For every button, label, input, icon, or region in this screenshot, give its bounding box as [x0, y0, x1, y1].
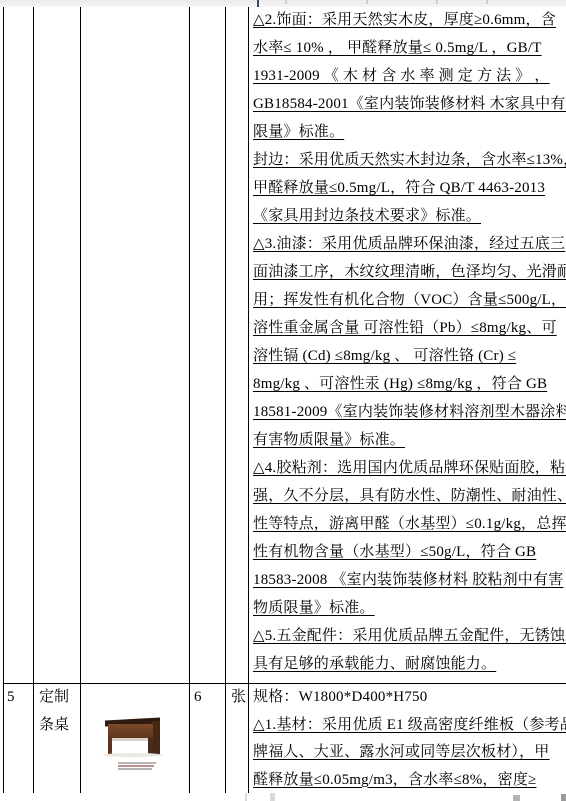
desk-side-panel	[152, 721, 160, 756]
desk-left-leg	[108, 738, 112, 754]
spec-text-line: △2.饰面：采用天然实木皮，厚度≥0.6mm，含	[253, 6, 566, 34]
spec-text-line: 性有机物含量（水基型）≤50g/L，符合 GB	[253, 538, 566, 566]
spec-text-line: 面油漆工序，木纹纹理清晰，色泽均匀、光滑耐	[253, 258, 566, 286]
row5-qty-cell: 6	[194, 684, 202, 712]
page-bottom-margin	[0, 793, 566, 801]
spec-text-line: 性等特点，游离甲醛（水基型）≤0.1g/kg，总挥发	[253, 510, 566, 538]
desk-front-panel	[108, 724, 153, 739]
table-gridline-v	[189, 7, 190, 793]
spec-text-line: △5.五金配件：采用优质品牌五金配件，无锈蚀，	[253, 622, 566, 650]
spec-text-line: 牌福人、大亚、露水河或同等层次板材），甲	[253, 739, 566, 767]
spec-text-line: 封边：采用优质天然实木封边条，含水率≤13%，	[253, 146, 566, 174]
row5-name-cell: 定制条桌	[39, 684, 69, 739]
product-image-caption-line	[118, 762, 156, 764]
spec-text-line: 水率≤ 10% ， 甲醛释放量≤ 0.5mg/L ，GB/T	[253, 34, 566, 62]
product-image-caption-line	[118, 768, 152, 770]
spec-text-line: 18583-2008 《室内装饰装修材料 胶粘剂中有害	[253, 566, 566, 594]
spec-text-line: △4.胶粘剂：选用国内优质品牌环保贴面胶，粘性	[253, 454, 566, 482]
spec-text-line: △1.基材：采用优质 E1 级高密度纤维板（参考品	[253, 712, 566, 740]
spec-text-line: GB18584-2001《室内装饰装修材料 木家具中有害物质	[253, 90, 566, 118]
row4-spec-cell: △2.饰面：采用天然实木皮，厚度≥0.6mm，含水率≤ 10% ， 甲醛释放量≤…	[253, 6, 566, 678]
spec-text-line: 强，久不分层，具有防水性、防潮性、耐油性、耐撞	[253, 482, 566, 510]
ruler-tick	[285, 0, 287, 4]
ruler-tick	[436, 0, 438, 4]
spec-text-line: 18581-2009《室内装饰装修材料溶剂型木器涂料中	[253, 398, 566, 426]
table-gridline-v	[33, 7, 34, 793]
table-gridline-v	[248, 7, 249, 793]
ruler-tick	[486, 0, 488, 4]
row5-number-cell: 5	[7, 684, 15, 712]
page-break-mark	[245, 793, 247, 801]
page-break-mark	[270, 793, 275, 801]
spec-text-line: 《家具用封边条技术要求》标准。	[253, 202, 566, 230]
product-image-caption-line	[118, 765, 154, 767]
scrollbar-corner[interactable]	[561, 794, 566, 801]
spec-text-line: 溶性镉 (Cd) ≤8mg/kg 、 可溶性铬 (Cr) ≤	[253, 342, 566, 370]
ruler-tick	[366, 0, 368, 4]
name-line: 条桌	[39, 717, 69, 733]
table-gridline-v	[80, 7, 81, 793]
spec-text-line: △3.油漆：采用优质品牌环保油漆，经过五底三	[253, 230, 566, 258]
spec-text-line: 规格：W1800*D400*H750	[253, 684, 566, 712]
spec-text-line: 醛释放量≤0.05mg/m3，含水率≤8%，密度≥	[253, 767, 566, 795]
table-gridline-v	[225, 7, 226, 793]
spec-text-line: 限量》标准。	[253, 118, 566, 146]
spec-text-line: 8mg/kg 、可溶性汞 (Hg) ≤8mg/kg ，符合 GB	[253, 370, 566, 398]
desk-right-leg	[148, 738, 153, 754]
spec-text-line: 溶性重金属含量 可溶性铅（Pb）≤8mg/kg、可	[253, 314, 566, 342]
spec-text-line: 物质限量》标准。	[253, 594, 566, 622]
name-line: 定制	[39, 689, 69, 705]
row5-unit-cell: 张	[231, 684, 246, 712]
spec-text-line: 1931-2009 《 木 材 含 水 率 测 定 方 法 》 ，	[253, 62, 566, 90]
scrollbar-fragment[interactable]	[513, 795, 520, 801]
spec-text-line: 用；挥发性有机化合物（VOC）含量≤500g/L， 可	[253, 286, 566, 314]
spec-text-line: 甲醛释放量≤0.5mg/L，符合 QB/T 4463-2013	[253, 174, 566, 202]
row5-spec-cell: 规格：W1800*D400*H750△1.基材：采用优质 E1 级高密度纤维板（…	[253, 684, 566, 794]
desk-inner-shadow	[112, 738, 148, 741]
spec-text-line: 有害物质限量》标准。	[253, 426, 566, 454]
desk-ground-shadow	[103, 753, 163, 757]
table-gridline-v	[3, 7, 4, 793]
document-viewport: △2.饰面：采用天然实木皮，厚度≥0.6mm，含水率≤ 10% ， 甲醛释放量≤…	[0, 0, 566, 801]
spec-text-line: 具有足够的承载能力、耐腐蚀能力。	[253, 650, 566, 678]
